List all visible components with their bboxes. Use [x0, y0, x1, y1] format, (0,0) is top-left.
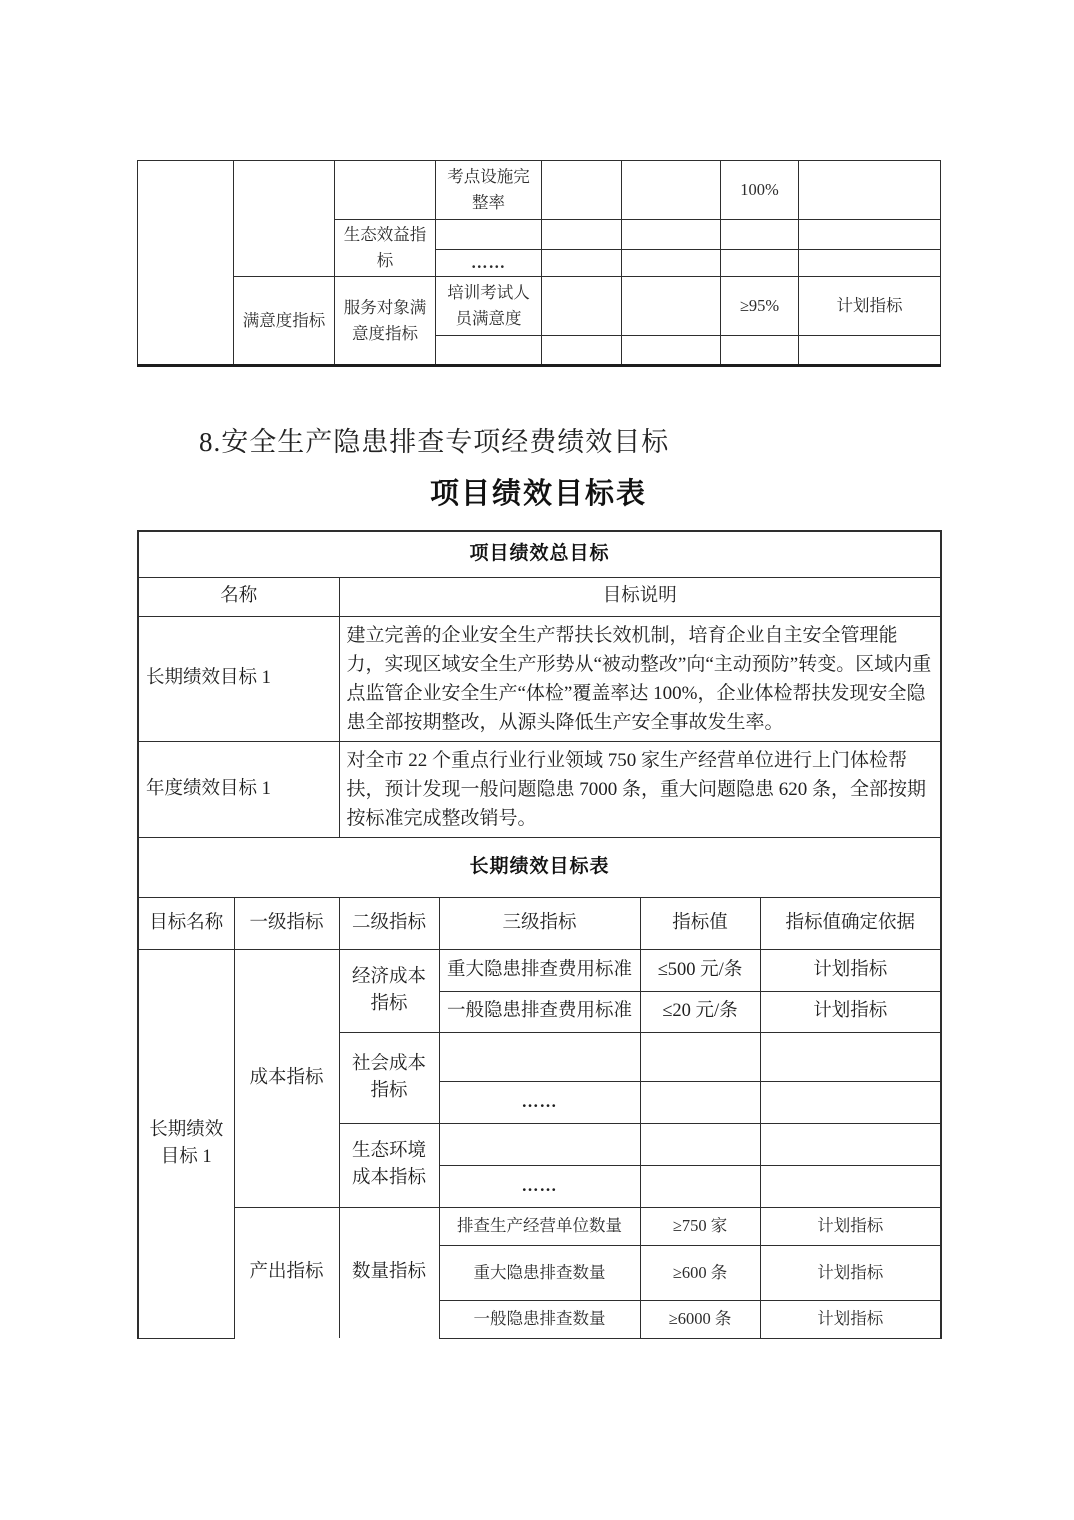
performance-goal-table: 项目绩效总目标 名称 目标说明 长期绩效目标 1 建立完善的企业安全生产帮扶长效…	[137, 530, 942, 1339]
level2-quantity: 数量指标	[339, 1207, 439, 1338]
indicator-value: ≤20 元/条	[640, 991, 760, 1032]
empty-cell	[542, 336, 622, 366]
col-header-goal-name: 目标名称	[138, 897, 234, 949]
indicator-level3: 重大隐患排查费用标准	[439, 949, 640, 991]
level2-social-cost: 社会成本指标	[339, 1032, 439, 1123]
section-heading: 8.安全生产隐患排查专项经费绩效目标	[199, 420, 669, 459]
empty-cell	[622, 220, 721, 250]
long-term-table-header: 长期绩效目标表	[138, 837, 941, 897]
ellipsis-cell: ……	[436, 250, 542, 277]
indicator-level2: 服务对象满意度指标	[335, 277, 436, 366]
indicator-level3: 重大隐患排查数量	[439, 1245, 640, 1300]
empty-cell	[799, 336, 941, 366]
indicator-basis: 计划指标	[760, 1207, 941, 1245]
empty-cell	[799, 161, 941, 220]
overall-goal-header: 项目绩效总目标	[138, 531, 941, 577]
empty-cell	[622, 336, 721, 366]
empty-cell	[622, 277, 721, 336]
column-header-desc: 目标说明	[339, 577, 941, 616]
empty-cell	[436, 220, 542, 250]
empty-cell	[234, 161, 335, 277]
empty-cell	[335, 161, 436, 220]
indicator-basis: 计划指标	[760, 1300, 941, 1338]
table-title: 项目绩效目标表	[137, 471, 940, 512]
indicator-level3: 排查生产经营单位数量	[439, 1207, 640, 1245]
indicator-value: 100%	[721, 161, 799, 220]
empty-cell	[640, 1081, 760, 1123]
indicator-basis: 计划指标	[760, 991, 941, 1032]
empty-cell	[721, 250, 799, 277]
indicator-basis: 计划指标	[760, 949, 941, 991]
goal-name: 长期绩效目标 1	[138, 949, 234, 1338]
empty-cell	[439, 1032, 640, 1081]
goal-description: 建立完善的企业安全生产帮扶长效机制，培育企业自主安全管理能力，实现区域安全生产形…	[339, 616, 941, 741]
empty-cell	[760, 1032, 941, 1081]
level1-cost: 成本指标	[234, 949, 339, 1207]
indicator-level2: 生态效益指标	[335, 220, 436, 277]
empty-cell	[760, 1165, 941, 1207]
ellipsis-cell: ……	[439, 1165, 640, 1207]
empty-cell	[760, 1123, 941, 1165]
empty-cell	[760, 1081, 941, 1123]
goal-name: 年度绩效目标 1	[138, 741, 339, 837]
ellipsis-cell: ……	[439, 1081, 640, 1123]
indicator-value: ≤500 元/条	[640, 949, 760, 991]
indicator-level1: 满意度指标	[234, 277, 335, 366]
col-header-level3: 三级指标	[439, 897, 640, 949]
empty-cell	[439, 1123, 640, 1165]
document-page: 考点设施完整率 100% 生态效益指标 …… 满意度指标 服务对象满意度指标 培…	[0, 0, 1074, 1520]
goal-description: 对全市 22 个重点行业行业领域 750 家生产经营单位进行上门体检帮扶，预计发…	[339, 741, 941, 837]
empty-cell	[622, 250, 721, 277]
goal-name: 长期绩效目标 1	[138, 616, 339, 741]
indicator-level3: 一般隐患排查费用标准	[439, 991, 640, 1032]
continuation-table: 考点设施完整率 100% 生态效益指标 …… 满意度指标 服务对象满意度指标 培…	[137, 160, 941, 367]
empty-cell	[721, 220, 799, 250]
col-header-level1: 一级指标	[234, 897, 339, 949]
empty-cell	[542, 220, 622, 250]
col-header-basis: 指标值确定依据	[760, 897, 941, 949]
level1-output: 产出指标	[234, 1207, 339, 1338]
level2-eco-cost: 生态环境成本指标	[339, 1123, 439, 1207]
indicator-level3: 一般隐患排查数量	[439, 1300, 640, 1338]
indicator-value: ≥6000 条	[640, 1300, 760, 1338]
empty-cell	[138, 161, 234, 366]
level2-economic-cost: 经济成本指标	[339, 949, 439, 1032]
empty-cell	[542, 161, 622, 220]
empty-cell	[640, 1165, 760, 1207]
empty-cell	[799, 220, 941, 250]
indicator-basis: 计划指标	[760, 1245, 941, 1300]
empty-cell	[640, 1032, 760, 1081]
indicator-value: ≥750 家	[640, 1207, 760, 1245]
indicator-level3: 考点设施完整率	[436, 161, 542, 220]
col-header-value: 指标值	[640, 897, 760, 949]
indicator-value: ≥95%	[721, 277, 799, 336]
indicator-level3: 培训考试人员满意度	[436, 277, 542, 336]
empty-cell	[799, 250, 941, 277]
empty-cell	[640, 1123, 760, 1165]
empty-cell	[436, 336, 542, 366]
empty-cell	[622, 161, 721, 220]
empty-cell	[721, 336, 799, 366]
indicator-basis: 计划指标	[799, 277, 941, 336]
empty-cell	[542, 277, 622, 336]
indicator-value: ≥600 条	[640, 1245, 760, 1300]
col-header-level2: 二级指标	[339, 897, 439, 949]
empty-cell	[542, 250, 622, 277]
column-header-name: 名称	[138, 577, 339, 616]
